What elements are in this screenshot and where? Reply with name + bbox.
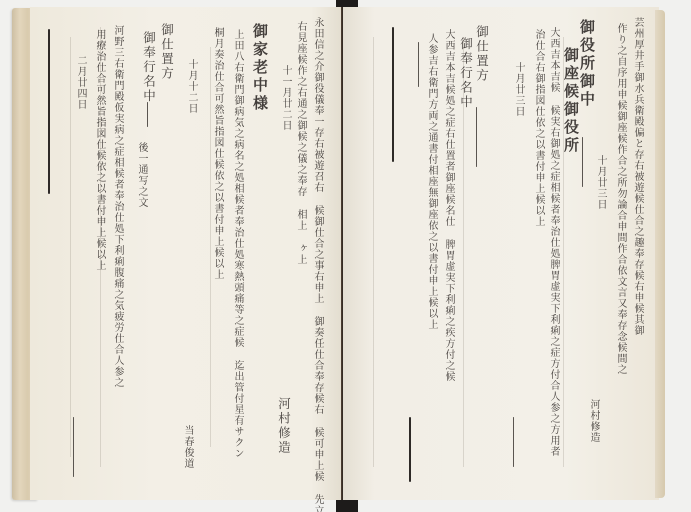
page-edge-right [655,10,665,498]
right-rule-2 [513,417,514,467]
left-col-1: 永田信之介御役儀奉一存右被遊召右 候御仕合之事右申上 御奏任仕合奉存候右 候可申… [312,17,322,487]
left-col-addressee-1: 御家老中様 [252,23,267,133]
left-col-signature-2: 当春俊道 [182,425,192,475]
right-rule-3 [476,107,477,167]
right-col-1: 芸州厚井手御水兵衛殿偏と存右被遊候仕合之趣奉存候右申候其御 [632,17,642,487]
left-col-copy-note: 後一通写之文 [136,142,146,217]
left-col-7: 桐月奏治仕合可然旨指図仕候依之以書付申上候以上 [212,27,222,317]
right-col-8: 治仕合右御指図仕依之以書付申上候以上 [533,29,543,309]
left-col-signature-1: 河村修造 [277,397,290,467]
right-col-2: 作り之自序用申候御座候作合之所勿論合申間作合依文言又奉存念候間之 [615,23,625,463]
right-margin-rule-2 [392,27,394,162]
right-col-addressee-2a: 御仕置方 [475,25,488,87]
left-col-6: 上田八右衛門御病気之病名之処相候者奉治仕処寒熱頭痛等之症候 迄出管付星有サクン [232,29,242,479]
left-rule-1 [147,102,148,127]
right-col-addressee-2b: 御奉行名中 [459,37,472,127]
right-margin-rule-3 [409,417,411,482]
right-col-addressee-1b: 御座候御役所 [563,47,578,147]
left-margin-rule-1 [48,29,50,194]
left-col-date-2: 十月十二日 [186,59,196,109]
left-page: 永田信之介御役儀奉一存右被遊召右 候御仕合之事右申上 御奏任仕合奉存候右 候可申… [30,7,342,500]
right-col-addressee-1a: 御役所御中 [579,19,594,89]
left-col-2: 右見座候作之右通之御候之儀之奉存 相上 ヶ上 [295,21,305,281]
right-margin-rule-1 [418,42,419,87]
right-col-7: 大西吉本吉候 候実右御処之症相候者奉治仕処脾胃虚実下利痢之症方付合人参之方用者 [548,27,558,467]
right-col-signature-1: 河村修造 [588,399,598,459]
right-page: 芸州厚井手御水兵衛殿偏と存右被遊候仕合之趣奉存候右申候其御 作り之自序用申候御座… [343,7,659,500]
right-col-13: 人参吉右衛門方両之通書付相座無御座依之以書付申上候以上 [426,33,436,473]
left-col-addressee-2a: 御仕置方 [160,23,173,83]
left-margin-rule-2 [73,417,74,477]
right-rule-1 [582,137,583,187]
left-col-14: 用療治仕合可然旨指図仕候依之以書付申上候以上 [94,29,104,349]
left-col-date-3: 二月廿四日 [75,55,85,115]
left-col-13: 河野三右衛門殿仮実病之症相候者奉治仕処下利痢腹痛之気疲労仕合人参之 [112,25,122,485]
right-col-date-1: 十月廿三日 [595,155,605,235]
left-col-addressee-2b: 御奉行名中 [142,31,155,103]
right-col-date-2: 十月廿三日 [513,62,523,112]
right-col-12: 大西吉本吉候処之症右仕置者御座候名仕 脾胃虚実下利痢之疾方付之候 [443,29,453,479]
binding-strip-bottom [336,500,358,512]
left-col-date-1: 十一月廿二日 [280,65,290,125]
